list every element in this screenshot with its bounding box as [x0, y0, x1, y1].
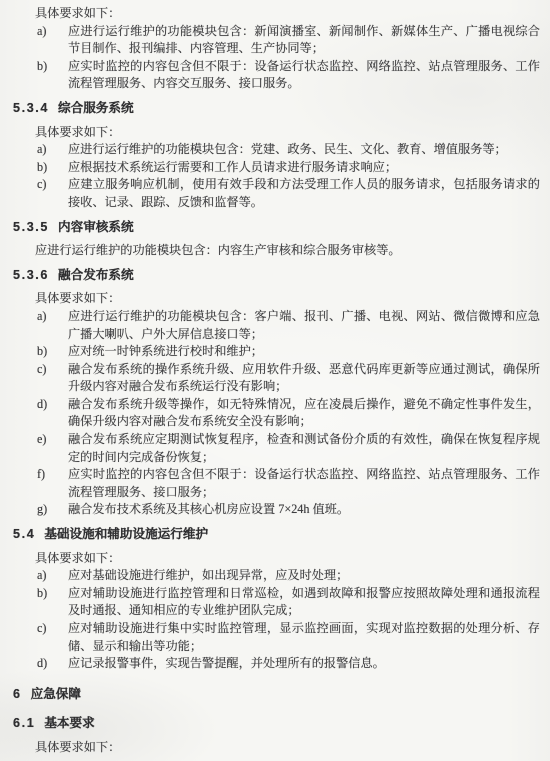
list-item-label: d)	[37, 655, 47, 673]
paragraph: 具体要求如下：	[35, 290, 540, 308]
document-page: 具体要求如下： a) 应进行运行维护的功能模块包含：新闻演播室、新闻制作、新媒体…	[0, 0, 550, 761]
requirement-list: a) 应进行运行维护的功能模块包含：党建、政务、民生、文化、教育、增值服务等； …	[0, 141, 540, 211]
section-title: 基本要求	[44, 716, 94, 730]
section-number: 6	[13, 687, 22, 701]
list-item-text: 应对统一时钟系统进行校时和维护；	[68, 343, 540, 361]
list-item-label: d)	[37, 396, 47, 414]
list-item-text: 融合发布系统的操作系统升级、应用软件升级、恶意代码库更新等应通过测试，确保所升级…	[68, 361, 540, 396]
list-item-label: a)	[37, 567, 46, 585]
requirement-list: a) 应进行运行维护的功能模块包含：新闻演播室、新闻制作、新媒体生产、广播电视综…	[0, 23, 540, 93]
section-title: 内容审核系统	[58, 220, 134, 234]
section-title: 融合发布系统	[58, 268, 134, 282]
list-item-text: 应对辅助设施进行集中实时监控管理，显示监控画面，实现对监控数据的处理分析、存储、…	[68, 620, 540, 655]
section-heading: 5.3.6融合发布系统	[13, 267, 540, 285]
section-title: 基础设施和辅助设施运行维护	[44, 527, 208, 541]
list-item-label: b)	[37, 58, 47, 76]
list-item-text: 应实时监控的内容包含但不限于：设备运行状态监控、网络监控、站点管理服务、工作流程…	[68, 58, 540, 93]
list-item-label: c)	[37, 176, 46, 194]
list-item-text: 应对基础设施进行维护，如出现异常，应及时处理；	[68, 567, 540, 585]
list-item: c) 应对辅助设施进行集中实时监控管理，显示监控画面，实现对监控数据的处理分析、…	[0, 620, 540, 655]
list-item: a) 应进行运行维护的功能模块包含：新闻演播室、新闻制作、新媒体生产、广播电视综…	[0, 23, 540, 58]
list-item-text: 应建立服务响应机制，使用有效手段和方法受理工作人员的服务请求，包括服务请求的接收…	[68, 176, 540, 211]
list-item: b) 应根据技术系统运行需要和工作人员请求进行服务请求响应；	[0, 159, 540, 177]
section-heading: 5.4基础设施和辅助设施运行维护	[13, 526, 540, 544]
section-heading: 6应急保障	[13, 686, 540, 704]
list-item: a) 应对基础设施进行维护，如出现异常，应及时处理；	[0, 567, 540, 585]
list-item-text: 应进行运行维护的功能模块包含：党建、政务、民生、文化、教育、增值服务等；	[68, 141, 540, 159]
list-item: e) 融合发布系统应定期测试恢复程序，检查和测试备份介质的有效性，确保在恢复程序…	[0, 431, 540, 466]
section-number: 5.3.5	[13, 220, 49, 234]
list-item-label: a)	[37, 141, 46, 159]
list-item-label: b)	[37, 343, 47, 361]
list-item-text: 应记录报警事件，实现告警提醒，并处理所有的报警信息。	[68, 655, 540, 673]
list-item-text: 融合发布系统应定期测试恢复程序，检查和测试备份介质的有效性，确保在恢复程序规定的…	[68, 431, 540, 466]
list-item: c) 应建立服务响应机制，使用有效手段和方法受理工作人员的服务请求，包括服务请求…	[0, 176, 540, 211]
list-item: f) 应实时监控的内容包含但不限于：设备运行状态监控、网络监控、站点管理服务、工…	[0, 466, 540, 501]
paragraph: 具体要求如下：	[35, 124, 540, 142]
list-item-label: b)	[37, 159, 47, 177]
list-item-text: 融合发布技术系统及其核心机房应设置 7×24h 值班。	[68, 501, 540, 519]
requirement-list: a) 应对基础设施进行维护，如出现异常，应及时处理； b) 应对辅助设施进行监控…	[0, 567, 540, 673]
list-item-text: 应根据技术系统运行需要和工作人员请求进行服务请求响应；	[68, 159, 540, 177]
list-item: b) 应对辅助设施进行监控管理和日常巡检，如遇到故障和报警应按照故障处理和通报流…	[0, 585, 540, 620]
list-item-label: a)	[37, 308, 46, 326]
paragraph: 应进行运行维护的功能模块包含：内容生产审核和综合服务审核等。	[35, 242, 540, 260]
list-item-label: g)	[37, 501, 47, 519]
list-item-label: a)	[37, 23, 46, 41]
section-number: 5.3.6	[13, 268, 49, 282]
list-item-label: b)	[37, 585, 47, 603]
list-item-label: e)	[37, 431, 46, 449]
section-title: 综合服务系统	[58, 101, 134, 115]
list-item-text: 应进行运行维护的功能模块包含：客户端、报刊、广播、电视、网站、微信微博和应急广播…	[68, 308, 540, 343]
section-number: 6.1	[13, 716, 35, 730]
list-item: b) 应实时监控的内容包含但不限于：设备运行状态监控、网络监控、站点管理服务、工…	[0, 58, 540, 93]
section-heading: 6.1基本要求	[13, 715, 540, 733]
list-item: a) 应进行运行维护的功能模块包含：党建、政务、民生、文化、教育、增值服务等；	[0, 141, 540, 159]
list-item: b) 应对统一时钟系统进行校时和维护；	[0, 343, 540, 361]
paragraph: 具体要求如下：	[35, 739, 540, 757]
list-item-label: c)	[37, 361, 46, 379]
list-item-text: 应进行运行维护的功能模块包含：新闻演播室、新闻制作、新媒体生产、广播电视综合节目…	[68, 23, 540, 58]
list-item-text: 应实时监控的内容包含但不限于：设备运行状态监控、网络监控、站点管理服务、工作流程…	[68, 466, 540, 501]
section-number: 5.3.4	[13, 101, 49, 115]
list-item-label: f)	[37, 466, 45, 484]
section-heading: 5.3.5内容审核系统	[13, 219, 540, 237]
list-item: d) 融合发布系统升级等操作，如无特殊情况，应在凌晨后操作，避免不确定性事件发生…	[0, 396, 540, 431]
list-item: c) 融合发布系统的操作系统升级、应用软件升级、恶意代码库更新等应通过测试，确保…	[0, 361, 540, 396]
list-item-text: 应对辅助设施进行监控管理和日常巡检，如遇到故障和报警应按照故障处理和通报流程及时…	[68, 585, 540, 620]
section-number: 5.4	[13, 527, 35, 541]
section-heading: 5.3.4综合服务系统	[13, 100, 540, 118]
list-item: a) 应进行运行维护的功能模块包含：客户端、报刊、广播、电视、网站、微信微博和应…	[0, 308, 540, 343]
list-item-label: c)	[37, 620, 46, 638]
requirement-list: a) 应进行运行维护的功能模块包含：客户端、报刊、广播、电视、网站、微信微博和应…	[0, 308, 540, 519]
paragraph: 具体要求如下：	[35, 5, 540, 23]
list-item: d) 应记录报警事件，实现告警提醒，并处理所有的报警信息。	[0, 655, 540, 673]
list-item: g) 融合发布技术系统及其核心机房应设置 7×24h 值班。	[0, 501, 540, 519]
paragraph: 具体要求如下：	[35, 550, 540, 568]
list-item-text: 融合发布系统升级等操作，如无特殊情况，应在凌晨后操作，避免不确定性事件发生，确保…	[68, 396, 540, 431]
section-title: 应急保障	[31, 687, 81, 701]
